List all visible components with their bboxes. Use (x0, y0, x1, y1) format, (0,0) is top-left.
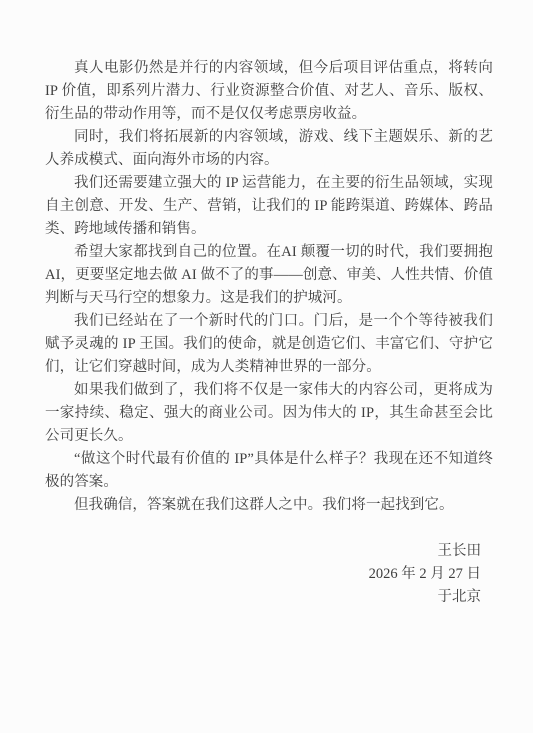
paragraph-4: 希望大家都找到自己的位置。在AI 颠覆一切的时代，我们要拥抱 AI，更要坚定地去… (45, 241, 493, 310)
paragraph-2: 同时，我们将拓展新的内容领域，游戏、线下主题娱乐、新的艺人养成模式、面向海外市场… (45, 126, 493, 172)
signature-place: 于北京 (45, 586, 481, 609)
signature-date: 2026 年 2 月 27 日 (45, 563, 481, 586)
signature-name: 王长田 (45, 540, 481, 563)
paragraph-8: 但我确信，答案就在我们这群人之中。我们将一起找到它。 (45, 494, 493, 517)
signature-block: 王长田 2026 年 2 月 27 日 于北京 (45, 540, 493, 609)
letter-page: 真人电影仍然是并行的内容领域，但今后项目评估重点，将转向 IP 价值，即系列片潜… (0, 0, 533, 733)
paragraph-6: 如果我们做到了，我们将不仅是一家伟大的内容公司，更将成为一家持续、稳定、强大的商… (45, 379, 493, 448)
paragraph-1: 真人电影仍然是并行的内容领域，但今后项目评估重点，将转向 IP 价值，即系列片潜… (45, 57, 493, 126)
paragraph-5: 我们已经站在了一个新时代的门口。门后，是一个个等待被我们赋予灵魂的 IP 王国。… (45, 310, 493, 379)
paragraph-7: “做这个时代最有价值的 IP”具体是什么样子？我现在还不知道终极的答案。 (45, 448, 493, 494)
paragraph-3: 我们还需要建立强大的 IP 运营能力，在主要的衍生品领域，实现自主创意、开发、生… (45, 172, 493, 241)
